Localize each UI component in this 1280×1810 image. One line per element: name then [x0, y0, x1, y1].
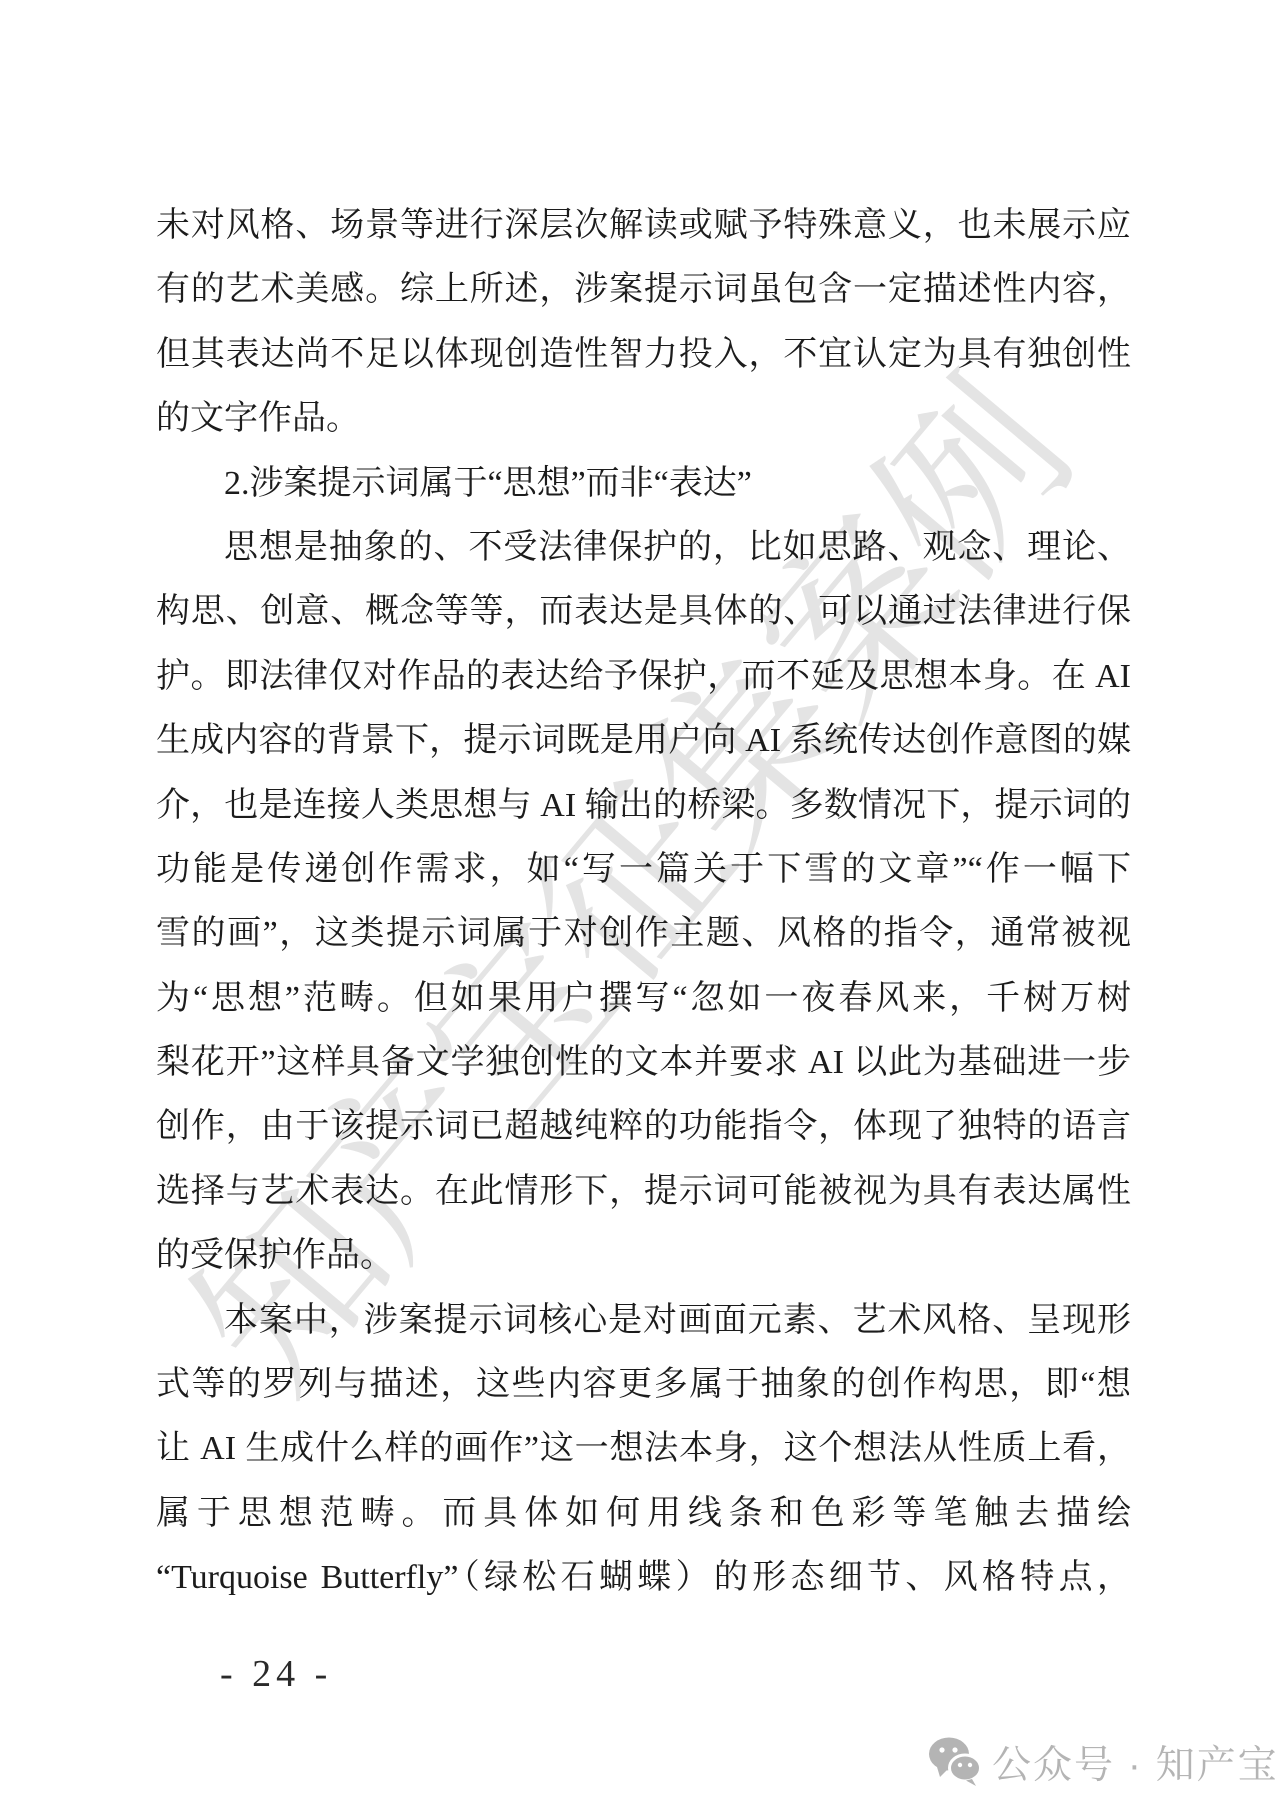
- doc-line: 未对风格、场景等进行深层次解读或赋予特殊意义，也未展示应: [156, 194, 1131, 258]
- doc-line: 本案中，涉案提示词核心是对画面元素、艺术风格、呈现形: [156, 1289, 1131, 1353]
- doc-line: “Turquoise Butterfly”（绿松石蝴蝶）的形态细节、风格特点，: [156, 1546, 1131, 1610]
- doc-line: 构思、创意、概念等等，而表达是具体的、可以通过法律进行保: [156, 580, 1131, 644]
- doc-line: 雪的画”，这类提示词属于对创作主题、风格的指令，通常被视: [156, 902, 1131, 966]
- doc-line: 介，也是连接人类思想与 AI 输出的桥梁。多数情况下，提示词的: [156, 774, 1131, 838]
- wechat-footer: 公众号 · 知产宝: [928, 1734, 1279, 1790]
- wechat-label: 公众号 · 知产宝: [992, 1734, 1279, 1790]
- doc-line: 让 AI 生成什么样的画作”这一想法本身，这个想法从性质上看，: [156, 1417, 1131, 1481]
- doc-line: 护。即法律仅对作品的表达给予保护，而不延及思想本身。在 AI: [156, 645, 1131, 709]
- wechat-icon: [928, 1737, 982, 1787]
- doc-line: 的受保护作品。: [156, 1224, 1131, 1288]
- doc-line: 为“思想”范畴。但如果用户撰写“忽如一夜春风来，千树万树: [156, 967, 1131, 1031]
- document-page: 未对风格、场景等进行深层次解读或赋予特殊意义，也未展示应 有的艺术美感。综上所述…: [156, 194, 1131, 1611]
- doc-line: 式等的罗列与描述，这些内容更多属于抽象的创作构思，即“想: [156, 1353, 1131, 1417]
- doc-line: 选择与艺术表达。在此情形下，提示词可能被视为具有表达属性: [156, 1160, 1131, 1224]
- doc-line: 但其表达尚不足以体现创造性智力投入，不宜认定为具有独创性: [156, 323, 1131, 387]
- page-number: - 24 -: [220, 1652, 332, 1696]
- doc-line: 生成内容的背景下，提示词既是用户向 AI 系统传达创作意图的媒: [156, 709, 1131, 773]
- doc-line: 思想是抽象的、不受法律保护的，比如思路、观念、理论、: [156, 516, 1131, 580]
- doc-line: 的文字作品。: [156, 387, 1131, 451]
- doc-line: 有的艺术美感。综上所述，涉案提示词虽包含一定描述性内容，: [156, 258, 1131, 322]
- doc-line: 功能是传递创作需求，如“写一篇关于下雪的文章”“作一幅下: [156, 838, 1131, 902]
- doc-line: 属于思想范畴。而具体如何用线条和色彩等笔触去描绘: [156, 1482, 1131, 1546]
- doc-line: 梨花开”这样具备文学独创性的文本并要求 AI 以此为基础进一步: [156, 1031, 1131, 1095]
- doc-heading-line: 2.涉案提示词属于“思想”而非“表达”: [156, 452, 1131, 516]
- doc-line: 创作，由于该提示词已超越纯粹的功能指令，体现了独特的语言: [156, 1095, 1131, 1159]
